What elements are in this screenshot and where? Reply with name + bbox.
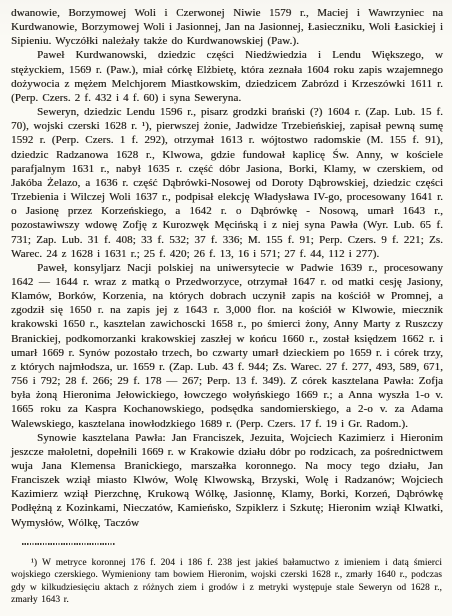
footnote-block: ¹) W metryce koronnej 176 f. 204 i 186 f… bbox=[11, 557, 442, 607]
scanned-book-page: dwanowie, Borzymowej Woli i Czerwonej Ni… bbox=[0, 0, 452, 616]
paragraph-synowie: Synowie kasztelana Pawła: Jan Franciszek… bbox=[11, 431, 443, 530]
paragraph-continuation: dwanowie, Borzymowej Woli i Czerwonej Ni… bbox=[11, 6, 443, 48]
footnote-separator-rule bbox=[22, 543, 115, 545]
paragraph-pawel-kasztelan: Paweł, konsyljarz Nacji polskiej na uniw… bbox=[11, 261, 443, 431]
paragraph-pawel-kurdwanowski: Paweł Kurdwanowski, dziedzic części Nied… bbox=[11, 48, 443, 105]
body-text-column: dwanowie, Borzymowej Woli i Czerwonej Ni… bbox=[0, 0, 452, 532]
footnote-text: ¹) W metryce koronnej 176 f. 204 i 186 f… bbox=[11, 557, 442, 607]
paragraph-seweryn: Seweryn, dziedzic Lendu 1596 r., pisarz … bbox=[11, 105, 443, 261]
